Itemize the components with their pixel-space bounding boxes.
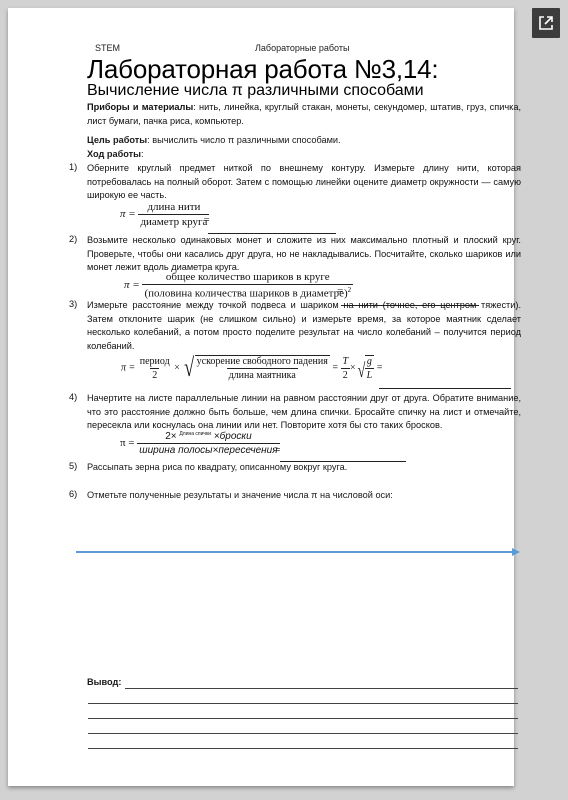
- formula-4-throws: ×броски: [214, 431, 252, 442]
- formula-4-denominator: ширина полосы×пересечения: [137, 443, 279, 456]
- open-in-new-window-button[interactable]: [532, 8, 560, 38]
- formula-1-numerator: длина нити: [145, 201, 202, 214]
- formula-3-eq1: =: [332, 362, 338, 373]
- formula-2-numerator: общее количество шариков в круге: [164, 271, 332, 284]
- page-subtitle: Вычисление числа π различными способами: [87, 82, 424, 100]
- formula-3-T: T: [340, 356, 350, 368]
- formula-3-g: g: [365, 356, 374, 368]
- formula-3-answer-blank[interactable]: [379, 388, 511, 389]
- procedure-colon: :: [141, 149, 144, 159]
- step-4-number: 4): [69, 392, 77, 402]
- formula-3-sqrt-fraction: ускорение свободного падения длина маятн…: [195, 355, 330, 381]
- formula-3: π = период 2 × √ ускорение свободного па…: [121, 355, 517, 381]
- formula-1-denominator: диаметр круга: [138, 214, 209, 228]
- document-page: STEM Лабораторные работы Лабораторная ра…: [8, 8, 514, 786]
- formula-3-eq2: =: [377, 362, 383, 373]
- step-2-number: 2): [69, 234, 77, 244]
- formula-2-fraction: общее количество шариков в круге (полови…: [142, 271, 353, 300]
- formula-3-times: ×: [174, 362, 180, 373]
- formula-3-g-over-L: g L: [365, 355, 375, 381]
- formula-3-gravity: ускорение свободного падения: [195, 356, 330, 368]
- step-6-number: 6): [69, 489, 77, 499]
- sqrt-icon: √: [357, 361, 365, 381]
- formula-1-eq: =: [203, 214, 209, 226]
- procedure-heading: Ход работы:: [87, 148, 144, 162]
- goal-text: : вычислить число π различными способами…: [147, 135, 341, 145]
- formula-4: π = 2× Длина спички ×броски ширина полос…: [120, 431, 410, 456]
- step-6-text: Отметьте полученные результаты и значени…: [87, 489, 393, 503]
- sqrt-icon: √: [185, 355, 195, 381]
- formula-3-fraction-t: T 2: [340, 356, 350, 381]
- formula-3-two: 2: [150, 368, 159, 381]
- formula-3-fraction-1: период 2: [138, 356, 172, 381]
- formula-4-lhs: π =: [120, 437, 135, 449]
- procedure-label: Ход работы: [87, 149, 141, 159]
- formula-2-denominator: (половина количества шариков в диаметре)…: [142, 284, 353, 300]
- formula-2-eq: =: [337, 285, 343, 297]
- formula-1-lhs: π =: [120, 208, 136, 220]
- step-1-text: Оберните круглый предмет ниткой по внешн…: [87, 162, 521, 203]
- step-5-text: Рассыпать зерна риса по квадрату, описан…: [87, 461, 347, 475]
- formula-2-exponent: 2: [348, 286, 352, 294]
- arrow-right-icon: [512, 548, 520, 556]
- formula-4-match-length: Длина спички: [179, 431, 211, 437]
- step-3-number: 3): [69, 299, 77, 309]
- step-3-text: Измерьте расстояние между точкой подвеса…: [87, 299, 521, 353]
- page-title: Лабораторная работа №3,14:: [87, 54, 438, 85]
- conclusion-line-5[interactable]: [88, 748, 518, 749]
- formula-2: π = общее количество шариков в круге (по…: [124, 271, 497, 300]
- conclusion-line-1[interactable]: [125, 688, 518, 689]
- formula-3-length: длина маятника: [227, 368, 298, 381]
- formula-3-sqrt-b: √ g L: [356, 355, 375, 381]
- equipment-label: Приборы и материалы: [87, 102, 193, 112]
- step-1-number: 1): [69, 162, 77, 172]
- goal-paragraph: Цель работы: вычислить число π различным…: [87, 134, 341, 148]
- header-center: Лабораторные работы: [255, 43, 349, 53]
- formula-1: π = длина нити диаметр круга =: [120, 201, 344, 228]
- formula-3-sqrt: √ ускорение свободного падения длина мая…: [182, 355, 329, 381]
- formula-1-fraction: длина нити диаметр круга: [138, 201, 209, 228]
- formula-2-denominator-text: (половина количества шариков в диаметре): [144, 288, 347, 300]
- equipment-paragraph: Приборы и материалы: нить, линейка, круг…: [87, 101, 521, 128]
- formula-4-fraction: 2× Длина спички ×броски ширина полосы×пе…: [137, 431, 279, 456]
- open-in-new-window-icon: [538, 15, 554, 31]
- conclusion-label: Вывод:: [87, 676, 121, 690]
- formula-3-two-b: 2: [341, 368, 350, 381]
- formula-3-L: L: [365, 368, 375, 381]
- formula-4-eq: =: [276, 445, 281, 454]
- step-2-text: Возьмите несколько одинаковых монет и сл…: [87, 234, 521, 275]
- number-axis[interactable]: [76, 551, 514, 553]
- header-left: STEM: [95, 43, 120, 53]
- formula-2-lhs: π =: [124, 279, 140, 291]
- formula-4-two-times: 2×: [165, 431, 176, 442]
- goal-label: Цель работы: [87, 135, 147, 145]
- step-4-text: Начертите на листе параллельные линии на…: [87, 392, 521, 433]
- formula-3-period: период: [138, 356, 172, 368]
- conclusion-line-2[interactable]: [88, 703, 518, 704]
- formula-4-numerator: 2× Длина спички ×броски: [163, 431, 253, 443]
- step-5-number: 5): [69, 461, 77, 471]
- conclusion-line-4[interactable]: [88, 733, 518, 734]
- conclusion-line-3[interactable]: [88, 718, 518, 719]
- formula-3-lhs: π =: [121, 362, 135, 373]
